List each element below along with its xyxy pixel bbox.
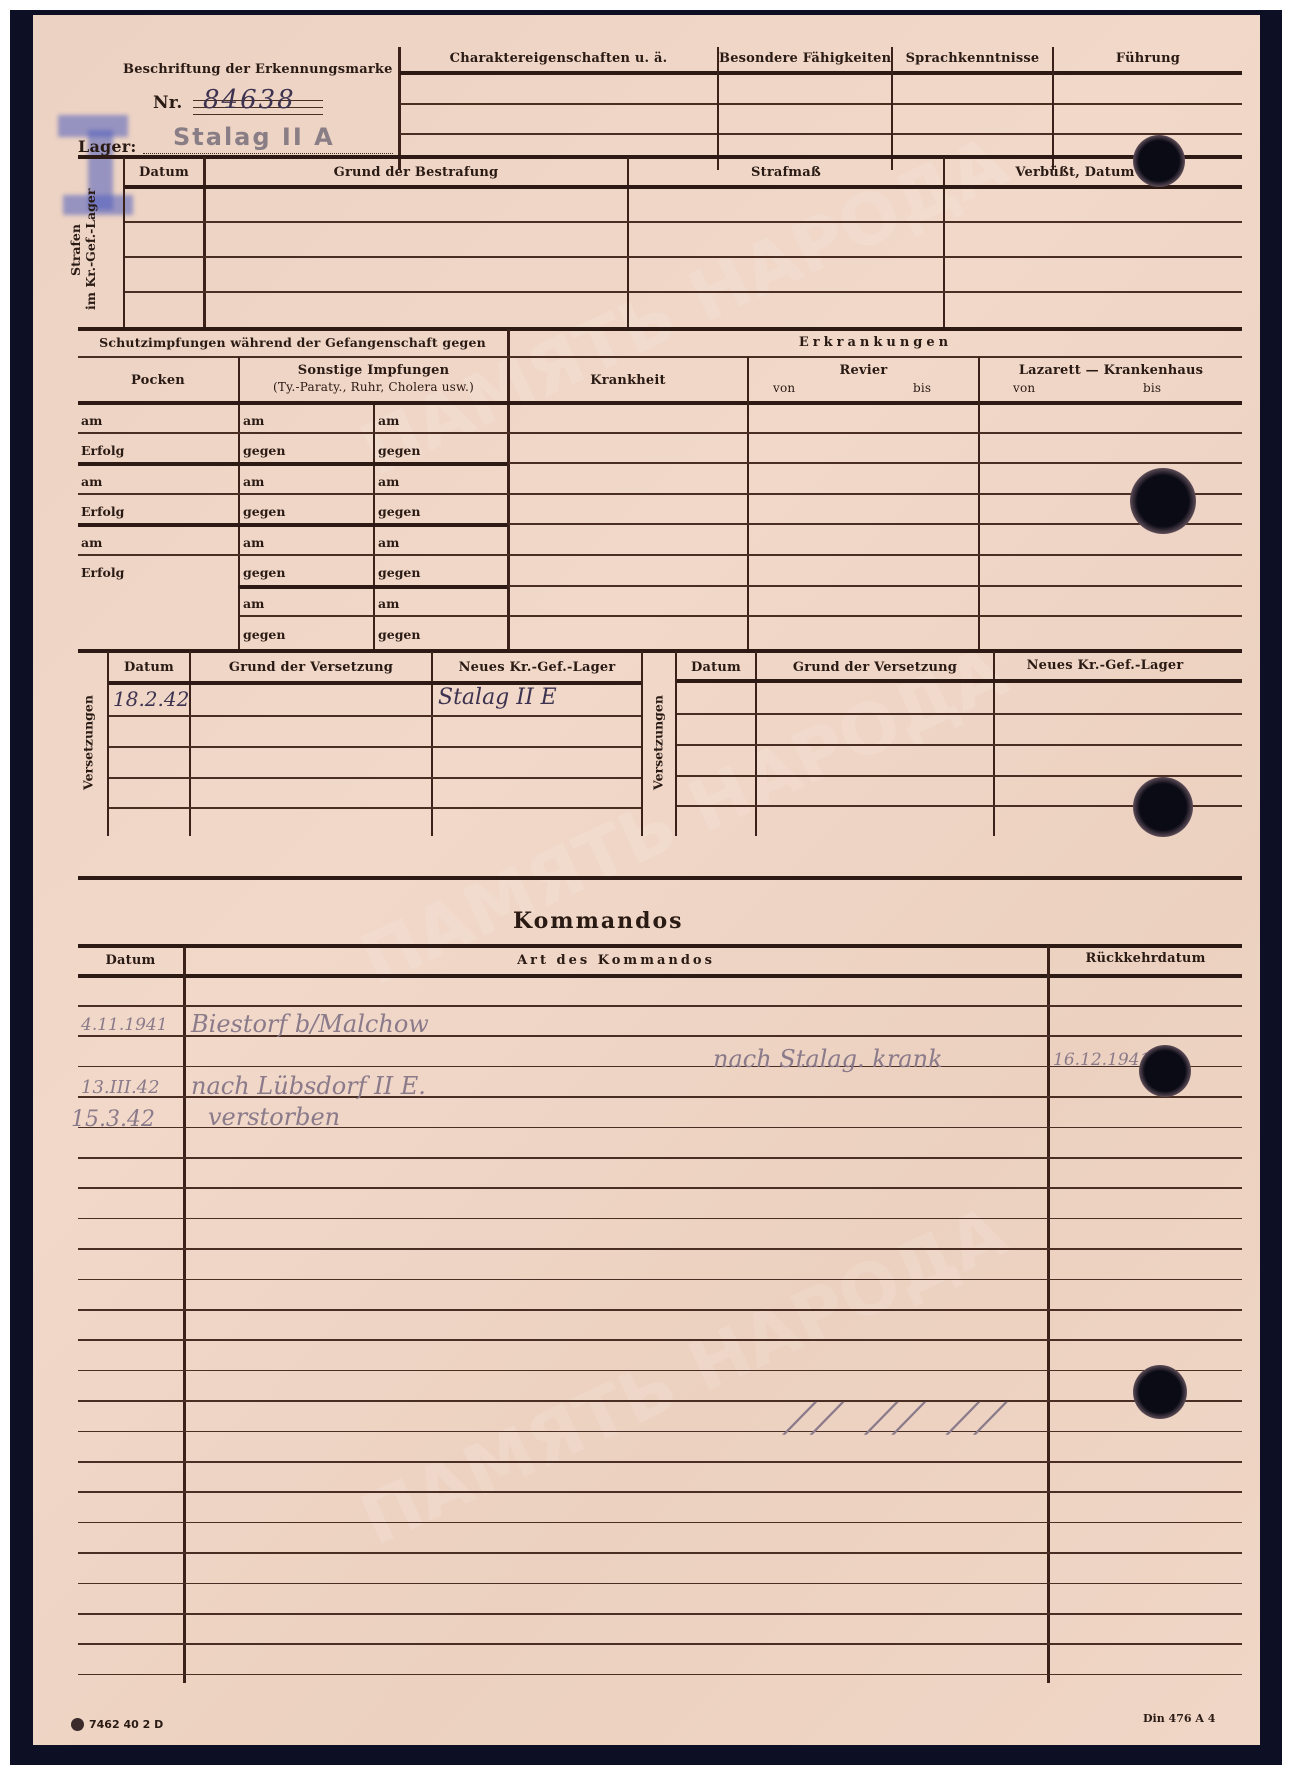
- punch-hole: [1133, 1365, 1187, 1419]
- col-transfer-lager-right: Neues Kr.-Gef.-Lager: [995, 658, 1215, 673]
- col-transfer-grund-left: Grund der Versetzung: [191, 660, 431, 675]
- sonst-a-2: gegen: [243, 443, 285, 458]
- sonst-a-7: am: [243, 596, 264, 611]
- din-label: Din 476 A 4: [1143, 1712, 1215, 1725]
- sonst-b-5: am: [378, 535, 399, 550]
- col-punish-datum: Datum: [125, 165, 203, 180]
- ditto-marks: // // //: [782, 1395, 1022, 1441]
- kommando-art-2: nach Lübsdorf II E.: [191, 1072, 426, 1100]
- kommando-date-2: 13.III.42: [81, 1077, 160, 1098]
- col-kommando-art: Art des Kommandos: [185, 953, 1047, 968]
- sonst-a-8: gegen: [243, 627, 285, 642]
- transfer-lager-1: Stalag II E: [438, 685, 557, 710]
- col-charakter: Charaktereigenschaften u. ä.: [400, 51, 717, 66]
- sonst-b-6: gegen: [378, 565, 420, 580]
- ruled-line: [78, 1552, 1242, 1554]
- col-punish-strafmass: Strafmaß: [629, 165, 943, 180]
- kommando-rueckkehr-2: 16.12.1941: [1053, 1050, 1150, 1070]
- lazarett-bis: bis: [1143, 381, 1161, 395]
- sonst-a-4: gegen: [243, 504, 285, 519]
- sonst-b-8: gegen: [378, 627, 420, 642]
- ruled-line: [78, 1613, 1242, 1615]
- col-faehigkeiten: Besondere Fähigkeiten: [719, 51, 891, 66]
- sonst-b-7: am: [378, 596, 399, 611]
- col-krankheit: Krankheit: [509, 373, 747, 388]
- col-fuehrung: Führung: [1054, 51, 1242, 66]
- sonst-b-1: am: [378, 413, 399, 428]
- col-transfer-grund-right: Grund der Versetzung: [757, 660, 993, 675]
- sonst-b-3: am: [378, 474, 399, 489]
- transfers-side-label-right: Versetzungen: [651, 693, 666, 793]
- sonst-b-2: gegen: [378, 443, 420, 458]
- ruled-line: [78, 1491, 1242, 1493]
- sonst-a-5: am: [243, 535, 264, 550]
- col-lazarett: Lazarett — Krankenhaus: [980, 363, 1242, 378]
- camp-stamp-value: Stalag II A: [173, 123, 335, 151]
- col-revier: Revier: [749, 363, 978, 378]
- punch-hole: [1133, 777, 1193, 837]
- lazarett-von: von: [1013, 381, 1035, 395]
- ruled-line: [78, 1157, 1242, 1159]
- form-code: 7462 40 2 D: [89, 1718, 163, 1731]
- ruled-line: [78, 1370, 1242, 1372]
- watermark: ПАМЯТЬ НАРОДА: [349, 1191, 1020, 1562]
- sonst-a-3: am: [243, 474, 264, 489]
- vacc-title: Schutzimpfungen während der Gefangenscha…: [78, 335, 507, 350]
- col-kommando-rueckkehr: Rückkehrdatum: [1049, 951, 1242, 966]
- kommando-art-1: Biestorf b/Malchow: [191, 1010, 429, 1038]
- ruled-line: [78, 1522, 1242, 1524]
- camp-label: Lager:: [78, 137, 137, 156]
- pocken-erfolg-3: Erfolg: [81, 565, 124, 580]
- ruled-line: [78, 1187, 1242, 1189]
- col-sprachen: Sprachkenntnisse: [893, 51, 1052, 66]
- ruled-line: [78, 1643, 1242, 1645]
- col-transfer-datum-left: Datum: [109, 660, 189, 675]
- ruled-line: [78, 1279, 1242, 1281]
- ruled-line: [78, 1431, 1242, 1433]
- pow-record-card: ПАМЯТЬ НАРОДА ПАМЯТЬ НАРОДА ПАМЯТЬ НАРОД…: [33, 15, 1260, 1745]
- pocken-am-3: am: [81, 535, 102, 550]
- ruled-line: [78, 1674, 1242, 1676]
- kommando-date-1: 4.11.1941: [81, 1015, 168, 1035]
- kommando-note-2: nach Stalag. krank: [713, 1045, 943, 1073]
- ruled-line: [78, 1248, 1242, 1250]
- col-sonstige-sub: (Ty.-Paraty., Ruhr, Cholera usw.): [240, 380, 507, 394]
- col-kommando-datum: Datum: [78, 953, 183, 968]
- transfers-side-label-left: Versetzungen: [81, 693, 96, 793]
- kommando-date-3: 15.3.42: [71, 1107, 155, 1132]
- pocken-am-1: am: [81, 413, 102, 428]
- punch-hole: [1130, 468, 1196, 534]
- punishments-side-label: Strafenim Kr.-Gef.-Lager: [68, 190, 98, 310]
- punch-hole: [1133, 135, 1185, 187]
- illness-title: Erkrankungen: [509, 335, 1242, 350]
- printer-logo-icon: [71, 1718, 84, 1731]
- number-label: Nr.: [153, 93, 182, 113]
- ruled-line: [78, 1400, 1242, 1402]
- sonst-a-6: gegen: [243, 565, 285, 580]
- id-tag-label: Beschriftung der Erkennungsmarke: [123, 62, 373, 77]
- number-value: 84638: [203, 85, 296, 115]
- col-transfer-datum-right: Datum: [677, 660, 755, 675]
- ruled-line: [78, 1583, 1242, 1585]
- sonst-a-1: am: [243, 413, 264, 428]
- transfer-date-1: 18.2.42: [113, 687, 189, 711]
- punch-hole: [1139, 1045, 1191, 1097]
- revier-von: von: [773, 381, 795, 395]
- fold-line: [78, 876, 1242, 880]
- col-transfer-lager-left: Neues Kr.-Gef.-Lager: [433, 660, 641, 675]
- col-punish-grund: Grund der Bestrafung: [205, 165, 627, 180]
- camp-dotted-line: [143, 153, 393, 154]
- sonst-b-4: gegen: [378, 504, 420, 519]
- pocken-erfolg-1: Erfolg: [81, 443, 124, 458]
- ruled-line: [78, 1005, 1242, 1007]
- ruled-line: [78, 1461, 1242, 1463]
- ruled-line: [78, 1339, 1242, 1341]
- pocken-am-2: am: [81, 474, 102, 489]
- kommando-art-3: verstorben: [208, 1103, 340, 1131]
- revier-bis: bis: [913, 381, 931, 395]
- kommandos-title: Kommandos: [513, 908, 684, 934]
- col-pocken: Pocken: [78, 373, 238, 388]
- ruled-line: [78, 1309, 1242, 1311]
- ruled-line: [78, 1218, 1242, 1220]
- col-sonstige: Sonstige Impfungen: [240, 363, 507, 378]
- pocken-erfolg-2: Erfolg: [81, 504, 124, 519]
